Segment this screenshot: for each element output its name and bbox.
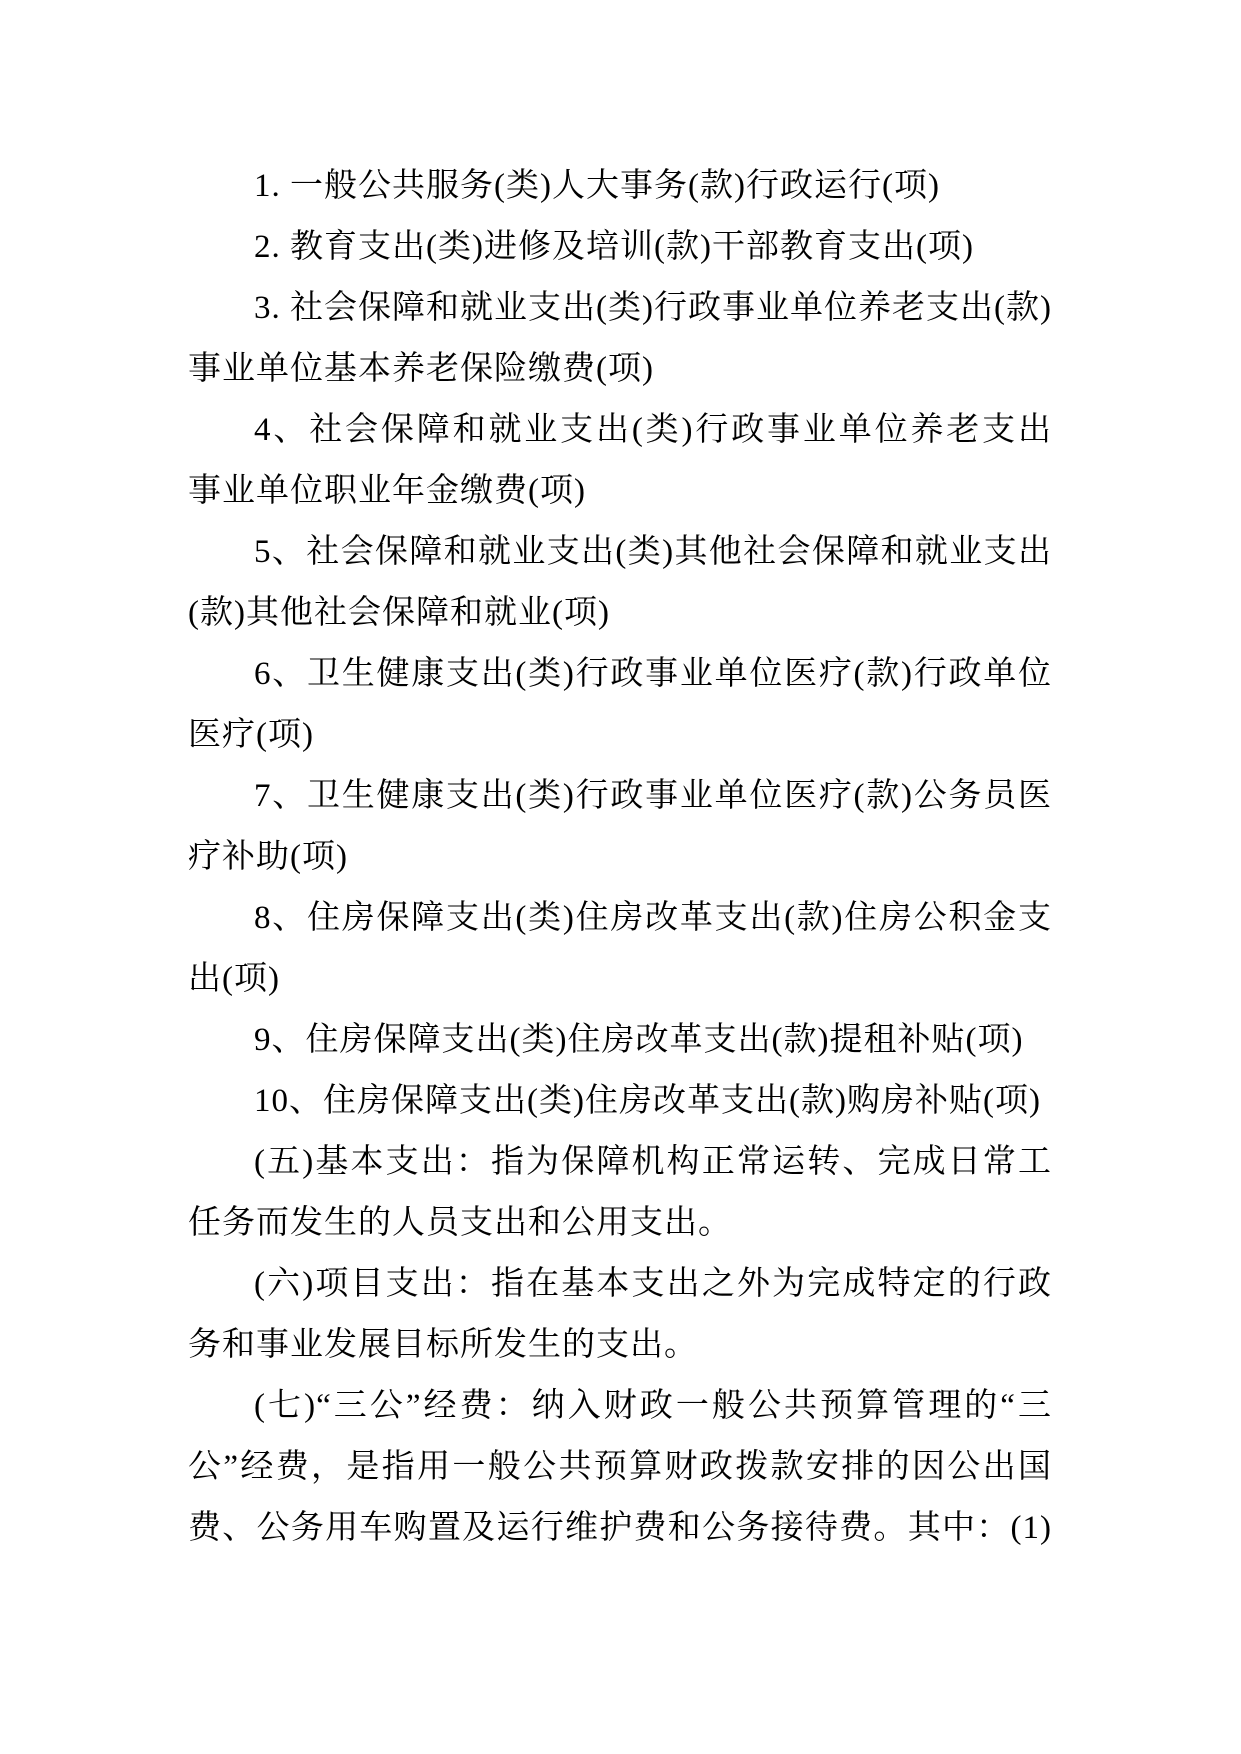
text-line-para7: (七)“三公”经费：纳入财政一般公共预算管理的“三 <box>188 1376 1052 1437</box>
text-line-item9: 9、住房保障支出(类)住房改革支出(款)提租补贴(项) <box>188 1010 1052 1071</box>
text-line-item4-cont: 事业单位职业年金缴费(项) <box>188 461 1052 522</box>
text-line-item6: 6、卫生健康支出(类)行政事业单位医疗(款)行政单位 <box>188 644 1052 705</box>
text-line-item4: 4、社会保障和就业支出(类)行政事业单位养老支出(款) <box>188 400 1052 461</box>
text-line-para6-cont: 务和事业发展目标所发生的支出。 <box>188 1315 1052 1376</box>
text-line-para7-cont2: 费、公务用车购置及运行维护费和公务接待费。其中：(1) <box>188 1498 1052 1559</box>
text-line-item7-cont: 疗补助(项) <box>188 827 1052 888</box>
text-line-item10: 10、住房保障支出(类)住房改革支出(款)购房补贴(项) <box>188 1071 1052 1132</box>
text-line-item3: 3. 社会保障和就业支出(类)行政事业单位养老支出(款) <box>188 278 1052 339</box>
text-line-item6-cont: 医疗(项) <box>188 705 1052 766</box>
text-line-item1: 1. 一般公共服务(类)人大事务(款)行政运行(项) <box>188 156 1052 217</box>
text-line-para5-cont: 任务而发生的人员支出和公用支出。 <box>188 1193 1052 1254</box>
text-block: 1. 一般公共服务(类)人大事务(款)行政运行(项) 2. 教育支出(类)进修及… <box>188 156 1052 1559</box>
text-line-item8: 8、住房保障支出(类)住房改革支出(款)住房公积金支 <box>188 888 1052 949</box>
text-line-item5: 5、社会保障和就业支出(类)其他社会保障和就业支出 <box>188 522 1052 583</box>
text-line-item8-cont: 出(项) <box>188 949 1052 1010</box>
text-line-item3-cont: 事业单位基本养老保险缴费(项) <box>188 339 1052 400</box>
text-line-para7-cont1: 公”经费，是指用一般公共预算财政拨款安排的因公出国(境) <box>188 1437 1052 1498</box>
text-line-para5: (五)基本支出：指为保障机构正常运转、完成日常工作 <box>188 1132 1052 1193</box>
text-line-item2: 2. 教育支出(类)进修及培训(款)干部教育支出(项) <box>188 217 1052 278</box>
text-line-item5-cont: (款)其他社会保障和就业(项) <box>188 583 1052 644</box>
text-line-para6: (六)项目支出：指在基本支出之外为完成特定的行政任 <box>188 1254 1052 1315</box>
document-page: 1. 一般公共服务(类)人大事务(款)行政运行(项) 2. 教育支出(类)进修及… <box>0 0 1241 1754</box>
text-line-item7: 7、卫生健康支出(类)行政事业单位医疗(款)公务员医 <box>188 766 1052 827</box>
